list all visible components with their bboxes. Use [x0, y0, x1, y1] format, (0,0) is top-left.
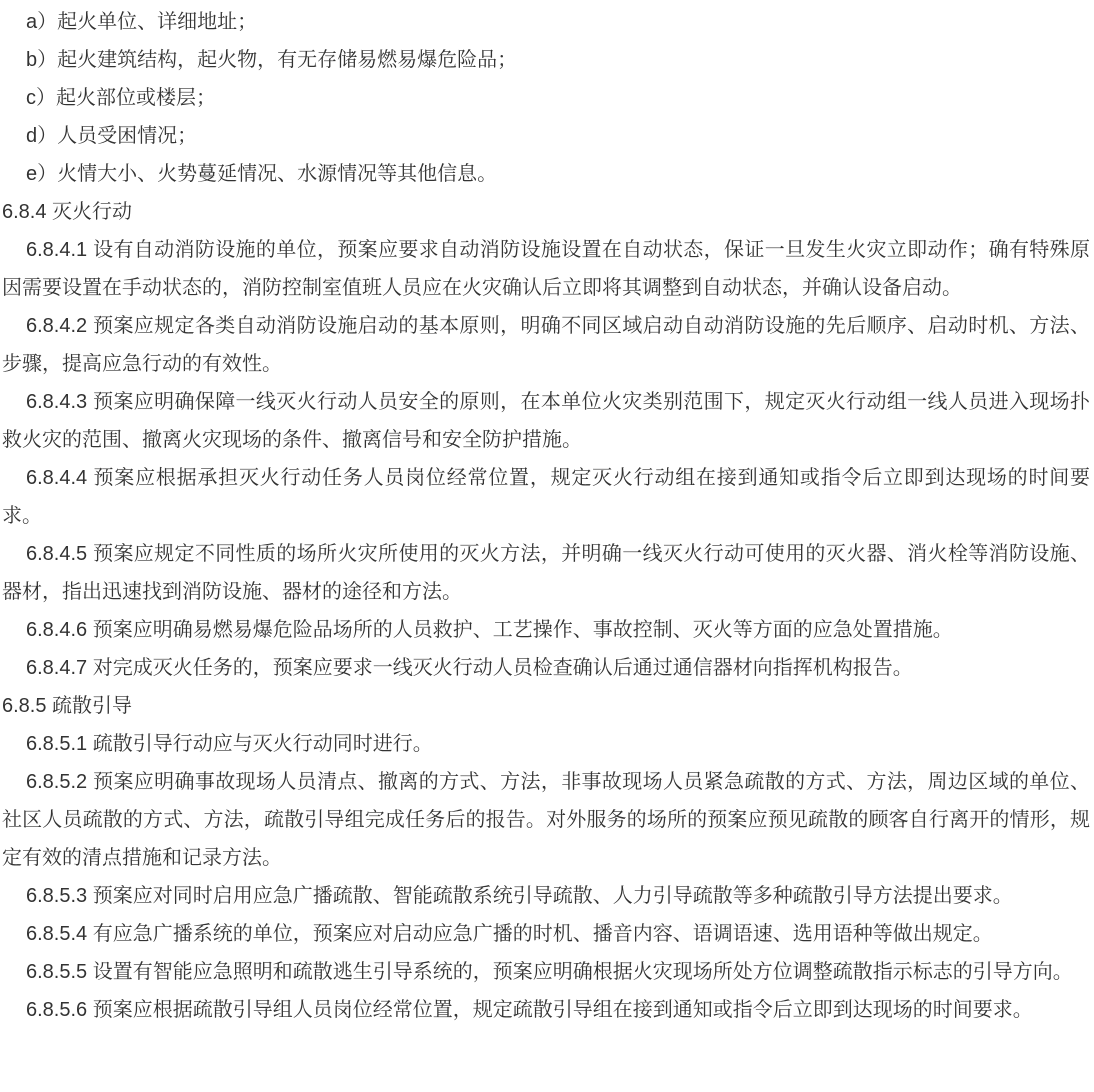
document-body: a）起火单位、详细地址； b）起火建筑结构，起火物，有无存储易燃易爆危险品； c… — [0, 0, 1094, 1029]
clause-number: 6.8.5.1 — [26, 733, 87, 755]
clause-6-8-4-1: 6.8.4.1 设有自动消防设施的单位，预案应要求自动消防设施设置在自动状态，保… — [2, 231, 1090, 307]
list-item-marker: b） — [26, 49, 57, 71]
clause-6-8-5-2: 6.8.5.2 预案应明确事故现场人员清点、撤离的方式、方法，非事故现场人员紧急… — [2, 763, 1090, 877]
list-item-text: 起火建筑结构，起火物，有无存储易燃易爆危险品； — [57, 49, 517, 71]
clause-text: 预案应规定不同性质的场所火灾所使用的灭火方法，并明确一线灭火行动可使用的灭火器、… — [2, 543, 1090, 603]
list-item-text: 起火部位或楼层； — [56, 87, 216, 109]
clause-number: 6.8.4.5 — [26, 543, 87, 565]
list-item-e: e）火情大小、火势蔓延情况、水源情况等其他信息。 — [2, 155, 1090, 193]
clause-number: 6.8.4.2 — [26, 315, 87, 337]
clause-6-8-5-4: 6.8.5.4 有应急广播系统的单位，预案应对启动应急广播的时机、播音内容、语调… — [2, 915, 1090, 953]
clause-text: 有应急广播系统的单位，预案应对启动应急广播的时机、播音内容、语调语速、选用语种等… — [93, 923, 993, 945]
clause-number: 6.8.4.6 — [26, 619, 87, 641]
section-heading-6-8-5: 6.8.5 疏散引导 — [2, 687, 1090, 725]
clause-6-8-4-2: 6.8.4.2 预案应规定各类自动消防设施启动的基本原则，明确不同区域启动自动消… — [2, 307, 1090, 383]
clause-text: 疏散引导行动应与灭火行动同时进行。 — [93, 733, 433, 755]
list-item-text: 人员受困情况； — [57, 125, 197, 147]
section-title: 灭火行动 — [52, 201, 132, 223]
list-item-a: a）起火单位、详细地址； — [2, 3, 1090, 41]
clause-6-8-5-3: 6.8.5.3 预案应对同时启用应急广播疏散、智能疏散系统引导疏散、人力引导疏散… — [2, 877, 1090, 915]
list-item-marker: c） — [26, 87, 56, 109]
clause-number: 6.8.5.6 — [26, 999, 87, 1021]
clause-text: 设置有智能应急照明和疏散逃生引导系统的，预案应明确根据火灾现场所处方位调整疏散指… — [93, 961, 1073, 983]
clause-number: 6.8.4.1 — [26, 239, 87, 261]
list-item-c: c）起火部位或楼层； — [2, 79, 1090, 117]
clause-6-8-5-1: 6.8.5.1 疏散引导行动应与灭火行动同时进行。 — [2, 725, 1090, 763]
clause-text: 预案应明确易燃易爆危险品场所的人员救护、工艺操作、事故控制、灭火等方面的应急处置… — [93, 619, 953, 641]
section-number: 6.8.5 — [2, 695, 46, 717]
clause-6-8-4-3: 6.8.4.3 预案应明确保障一线灭火行动人员安全的原则，在本单位火灾类别范围下… — [2, 383, 1090, 459]
clause-number: 6.8.5.5 — [26, 961, 87, 983]
clause-text: 对完成灭火任务的，预案应要求一线灭火行动人员检查确认后通过通信器材向指挥机构报告… — [93, 657, 913, 679]
clause-number: 6.8.4.3 — [26, 391, 87, 413]
clause-text: 预案应根据承担灭火行动任务人员岗位经常位置，规定灭火行动组在接到通知或指令后立即… — [2, 467, 1090, 527]
clause-6-8-4-6: 6.8.4.6 预案应明确易燃易爆危险品场所的人员救护、工艺操作、事故控制、灭火… — [2, 611, 1090, 649]
clause-number: 6.8.4.4 — [26, 467, 87, 489]
clause-6-8-4-4: 6.8.4.4 预案应根据承担灭火行动任务人员岗位经常位置，规定灭火行动组在接到… — [2, 459, 1090, 535]
clause-text: 预案应明确保障一线灭火行动人员安全的原则，在本单位火灾类别范围下，规定灭火行动组… — [2, 391, 1090, 451]
clause-text: 预案应根据疏散引导组人员岗位经常位置，规定疏散引导组在接到通知或指令后立即到达现… — [93, 999, 1033, 1021]
section-heading-6-8-4: 6.8.4 灭火行动 — [2, 193, 1090, 231]
clause-number: 6.8.5.4 — [26, 923, 87, 945]
clause-6-8-5-5: 6.8.5.5 设置有智能应急照明和疏散逃生引导系统的，预案应明确根据火灾现场所… — [2, 953, 1090, 991]
clause-number: 6.8.4.7 — [26, 657, 87, 679]
list-item-text: 起火单位、详细地址； — [57, 11, 257, 33]
clause-text: 预案应规定各类自动消防设施启动的基本原则，明确不同区域启动自动消防设施的先后顺序… — [2, 315, 1090, 375]
list-item-text: 火情大小、火势蔓延情况、水源情况等其他信息。 — [57, 163, 497, 185]
clause-text: 设有自动消防设施的单位，预案应要求自动消防设施设置在自动状态，保证一旦发生火灾立… — [2, 239, 1090, 299]
list-item-marker: e） — [26, 163, 57, 185]
clause-number: 6.8.5.3 — [26, 885, 87, 907]
clause-6-8-4-7: 6.8.4.7 对完成灭火任务的，预案应要求一线灭火行动人员检查确认后通过通信器… — [2, 649, 1090, 687]
section-number: 6.8.4 — [2, 201, 46, 223]
section-title: 疏散引导 — [52, 695, 132, 717]
list-item-d: d）人员受困情况； — [2, 117, 1090, 155]
list-item-marker: d） — [26, 125, 57, 147]
clause-6-8-5-6: 6.8.5.6 预案应根据疏散引导组人员岗位经常位置，规定疏散引导组在接到通知或… — [2, 991, 1090, 1029]
clause-6-8-4-5: 6.8.4.5 预案应规定不同性质的场所火灾所使用的灭火方法，并明确一线灭火行动… — [2, 535, 1090, 611]
list-item-b: b）起火建筑结构，起火物，有无存储易燃易爆危险品； — [2, 41, 1090, 79]
clause-text: 预案应明确事故现场人员清点、撤离的方式、方法，非事故现场人员紧急疏散的方式、方法… — [2, 771, 1090, 869]
clause-number: 6.8.5.2 — [26, 771, 87, 793]
list-item-marker: a） — [26, 11, 57, 33]
clause-text: 预案应对同时启用应急广播疏散、智能疏散系统引导疏散、人力引导疏散等多种疏散引导方… — [93, 885, 1013, 907]
